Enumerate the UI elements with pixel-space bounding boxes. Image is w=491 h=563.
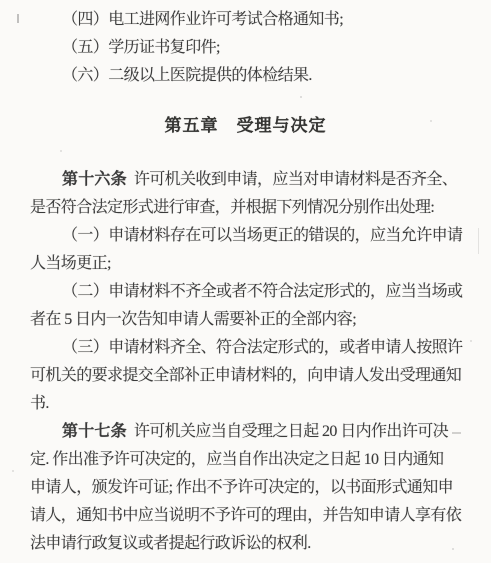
article-16-item-1-line: （一）申请材料存在可以当场更正的错误的，应当允许申请: [30, 222, 461, 250]
document-page: （四）电工进网作业许可考试合格通知书; （五）学历证书复印件; （六）二级以上医…: [0, 0, 491, 563]
article-17-line: 第十七条许可机关应当自受理之日起 20 日内作出许可决: [30, 418, 461, 446]
article-16-item-1-line: 人当场更正;: [30, 250, 461, 278]
article-17-line: 定. 作出准予许可决定的，应当自作出决定之日起 10 日内通知: [30, 446, 461, 474]
scan-speck: [17, 14, 19, 23]
scan-speck: [470, 340, 472, 342]
article-16-item-3-line: 书.: [30, 390, 461, 418]
list-item-5: （五）学历证书复印件;: [30, 34, 461, 62]
article-16-item-3-line: 可机关的要求提交全部补正申请材料的，向申请人发出受理通知: [30, 362, 461, 390]
document-body: （四）电工进网作业许可考试合格通知书; （五）学历证书复印件; （六）二级以上医…: [30, 6, 461, 558]
list-item-6: （六）二级以上医院提供的体检结果.: [30, 62, 461, 90]
article-17-line: 法申请行政复议或者提起行政诉讼的权利.: [30, 530, 461, 558]
article-16-line: 第十六条许可机关收到申请，应当对申请材料是否齐全、: [30, 166, 461, 194]
article-16-number: 第十六条: [62, 171, 127, 188]
article-17-line: 请人，通知书中应当说明不予许可的理由，并告知申请人享有依: [30, 502, 461, 530]
article-17-number: 第十七条: [62, 423, 127, 440]
scan-speck: [12, 470, 14, 472]
chapter-heading: 第五章 受理与决定: [30, 112, 461, 140]
article-16-line: 是否符合法定形式进行审查，并根据下列情况分别作出处理:: [30, 194, 461, 222]
article-16-item-2-line: 者在 5 日内一次告知申请人需要补正的全部内容;: [30, 306, 461, 334]
article-16-item-2-line: （二）申请材料不齐全或者不符合法定形式的，应当当场或: [30, 278, 461, 306]
list-item-4: （四）电工进网作业许可考试合格通知书;: [30, 6, 461, 34]
scan-speck: [478, 228, 479, 254]
article-17-line: 申请人，颁发许可证; 作出不予许可决定的，以书面形式通知申: [30, 474, 461, 502]
article-17-text: 许可机关应当自受理之日起 20 日内作出许可决: [134, 423, 448, 440]
article-16-text: 许可机关收到申请，应当对申请材料是否齐全、: [134, 171, 457, 188]
article-16-item-3-line: （三）申请材料齐全、符合法定形式的，或者申请人按照许: [30, 334, 461, 362]
